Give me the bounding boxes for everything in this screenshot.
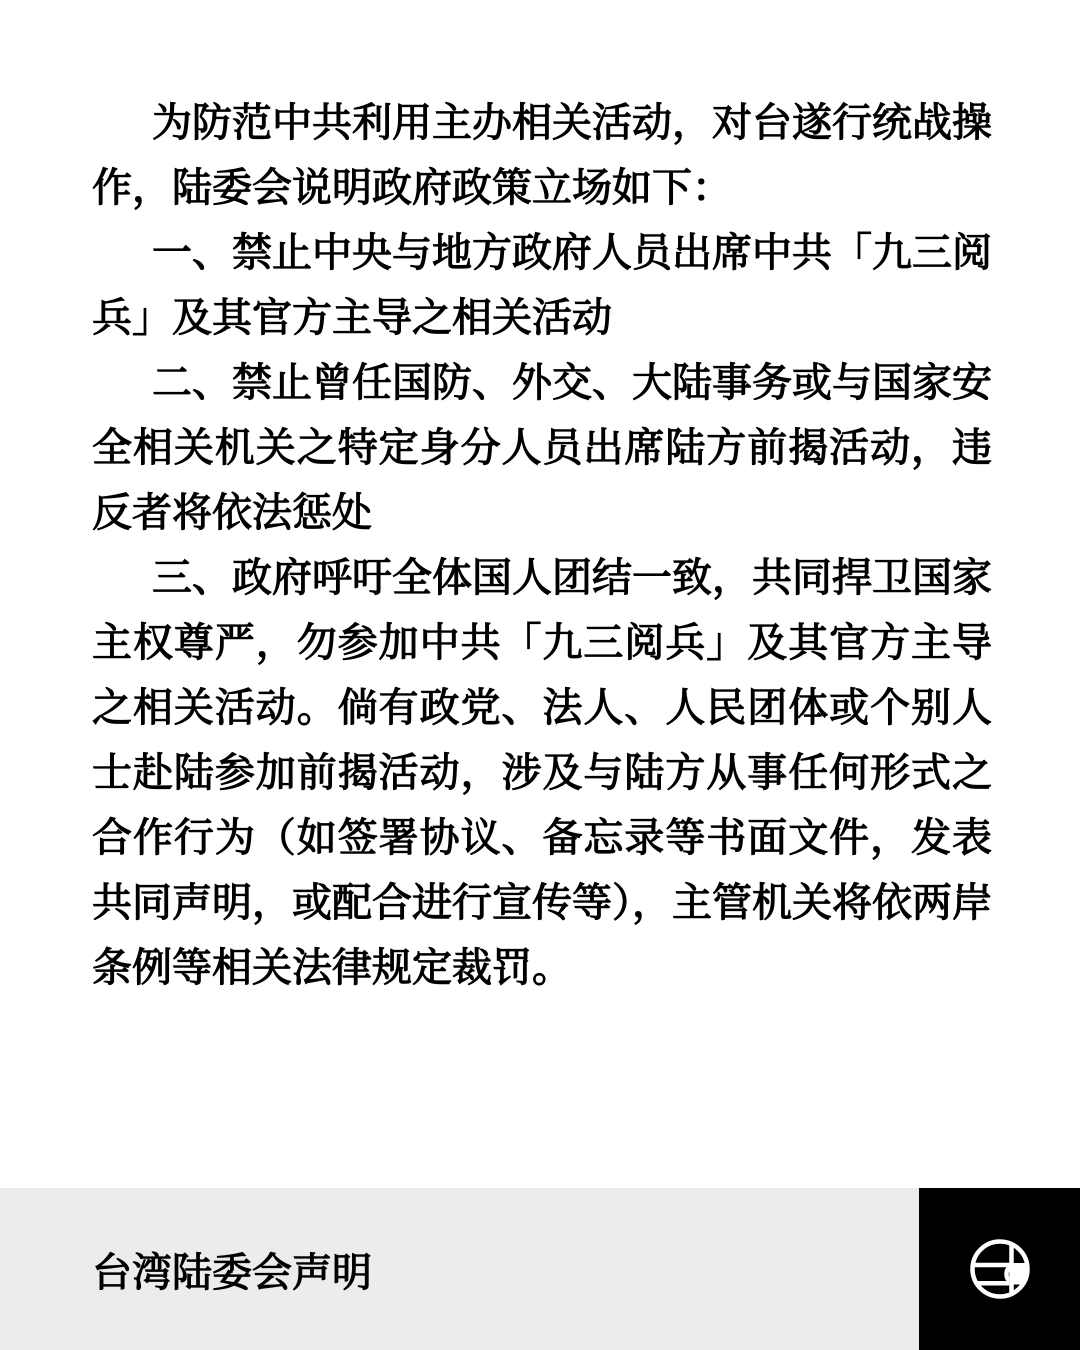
footer-bar: 台湾陆委会声明: [0, 1188, 1080, 1350]
statement-paragraph-point-2: 二、禁止曾任国防、外交、大陆事务或与国家安全相关机关之特定身分人员出席陆方前揭活…: [92, 351, 992, 546]
statement-card: 为防范中共利用主办相关活动，对台遂行统战操作，陆委会说明政府政策立场如下： 一、…: [0, 0, 1080, 1350]
statement-paragraph-point-3: 三、政府呼吁全体国人团结一致，共同捍卫国家主权尊严，勿参加中共「九三阅兵」及其官…: [92, 546, 992, 1001]
outlet-logo-box: [919, 1188, 1080, 1350]
statement-body: 为防范中共利用主办相关活动，对台遂行统战操作，陆委会说明政府政策立场如下： 一、…: [92, 91, 992, 1001]
guancha-outlet-logo-icon: [969, 1238, 1031, 1300]
statement-paragraph-intro: 为防范中共利用主办相关活动，对台遂行统战操作，陆委会说明政府政策立场如下：: [92, 91, 992, 221]
statement-paragraph-point-1: 一、禁止中央与地方政府人员出席中共「九三阅兵」及其官方主导之相关活动: [92, 221, 992, 351]
source-label: 台湾陆委会声明: [92, 1188, 372, 1350]
